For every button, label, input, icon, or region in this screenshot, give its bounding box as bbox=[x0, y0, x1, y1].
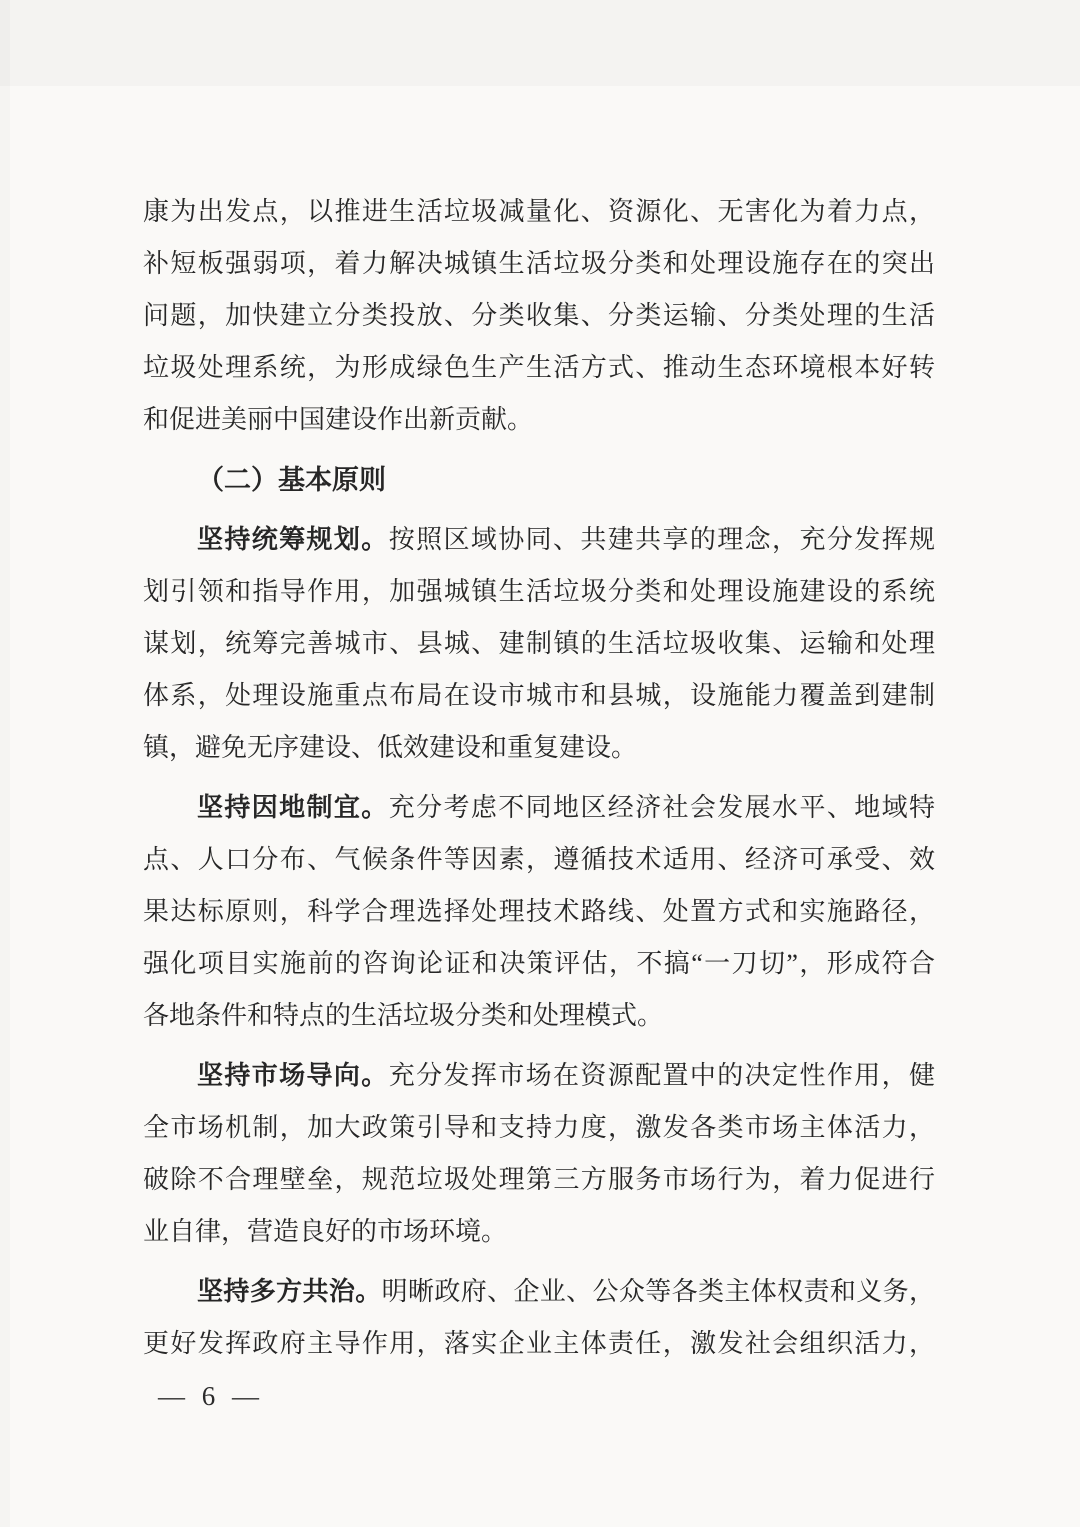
text-line: 更好发挥政府主导作用，落实企业主体责任，激发社会组织活力， bbox=[143, 1318, 935, 1370]
text-line: 问题，加快建立分类投放、分类收集、分类运输、分类处理的生活 bbox=[143, 290, 935, 342]
principle-paragraph-overall-planning: 坚持统筹规划。按照区域协同、共建共享的理念，充分发挥规 划引领和指导作用，加强城… bbox=[143, 514, 935, 774]
text-line: 垃圾处理系统，为形成绿色生产生活方式、推动生态环境根本好转 bbox=[143, 342, 935, 394]
text-line: 全市场机制，加大政策引导和支持力度，激发各类市场主体活力， bbox=[143, 1102, 935, 1154]
principle-lead: 坚持统筹规划。 bbox=[197, 525, 389, 554]
text-line: 体系，处理设施重点布局在设市城市和县城，设施能力覆盖到建制 bbox=[143, 670, 935, 722]
text-line: 果达标原则，科学合理选择处理技术路线、处置方式和实施路径， bbox=[143, 886, 935, 938]
principle-first-rest: 充分考虑不同地区经济社会发展水平、地域特 bbox=[389, 793, 935, 822]
text-line: 康为出发点，以推进生活垃圾减量化、资源化、无害化为着力点， bbox=[143, 186, 935, 238]
document-body: 康为出发点，以推进生活垃圾减量化、资源化、无害化为着力点， 补短板强弱项，着力解… bbox=[143, 186, 935, 1370]
scan-artifact-left-band bbox=[0, 0, 10, 1527]
text-line: 坚持多方共治。明晰政府、企业、公众等各类主体权责和义务， bbox=[143, 1266, 935, 1318]
principle-paragraph-multi-party-governance: 坚持多方共治。明晰政府、企业、公众等各类主体权责和义务， 更好发挥政府主导作用，… bbox=[143, 1266, 935, 1370]
paragraph-continuation: 康为出发点，以推进生活垃圾减量化、资源化、无害化为着力点， 补短板强弱项，着力解… bbox=[143, 186, 935, 446]
text-line: 谋划，统筹完善城市、县城、建制镇的生活垃圾收集、运输和处理 bbox=[143, 618, 935, 670]
page-number: — 6 — bbox=[158, 1380, 264, 1412]
text-line: 坚持因地制宜。充分考虑不同地区经济社会发展水平、地域特 bbox=[143, 782, 935, 834]
principle-paragraph-market-orientation: 坚持市场导向。充分发挥市场在资源配置中的决定性作用，健 全市场机制，加大政策引导… bbox=[143, 1050, 935, 1258]
section-heading-basic-principles: （二）基本原则 bbox=[143, 454, 935, 506]
principle-lead: 坚持多方共治。 bbox=[197, 1277, 382, 1306]
text-line: 坚持统筹规划。按照区域协同、共建共享的理念，充分发挥规 bbox=[143, 514, 935, 566]
text-line: 划引领和指导作用，加强城镇生活垃圾分类和处理设施建设的系统 bbox=[143, 566, 935, 618]
text-line: 镇，避免无序建设、低效建设和重复建设。 bbox=[143, 722, 935, 774]
text-line: 破除不合理壁垒，规范垃圾处理第三方服务市场行为，着力促进行 bbox=[143, 1154, 935, 1206]
principle-first-rest: 充分发挥市场在资源配置中的决定性作用，健 bbox=[389, 1061, 935, 1090]
principle-first-rest: 明晰政府、企业、公众等各类主体权责和义务， bbox=[382, 1277, 935, 1306]
principle-lead: 坚持市场导向。 bbox=[197, 1061, 389, 1090]
text-line: 补短板强弱项，着力解决城镇生活垃圾分类和处理设施存在的突出 bbox=[143, 238, 935, 290]
scan-artifact-top-band bbox=[0, 0, 1080, 86]
text-line: 坚持市场导向。充分发挥市场在资源配置中的决定性作用，健 bbox=[143, 1050, 935, 1102]
document-page: 康为出发点，以推进生活垃圾减量化、资源化、无害化为着力点， 补短板强弱项，着力解… bbox=[0, 0, 1080, 1527]
principle-lead: 坚持因地制宜。 bbox=[197, 793, 389, 822]
principle-first-rest: 按照区域协同、共建共享的理念，充分发挥规 bbox=[389, 525, 935, 554]
text-line: 各地条件和特点的生活垃圾分类和处理模式。 bbox=[143, 990, 935, 1042]
text-line: 强化项目实施前的咨询论证和决策评估，不搞“一刀切”，形成符合 bbox=[143, 938, 935, 990]
principle-paragraph-local-conditions: 坚持因地制宜。充分考虑不同地区经济社会发展水平、地域特 点、人口分布、气候条件等… bbox=[143, 782, 935, 1042]
text-line: 和促进美丽中国建设作出新贡献。 bbox=[143, 394, 935, 446]
text-line: 业自律，营造良好的市场环境。 bbox=[143, 1206, 935, 1258]
text-line: 点、人口分布、气候条件等因素，遵循技术适用、经济可承受、效 bbox=[143, 834, 935, 886]
